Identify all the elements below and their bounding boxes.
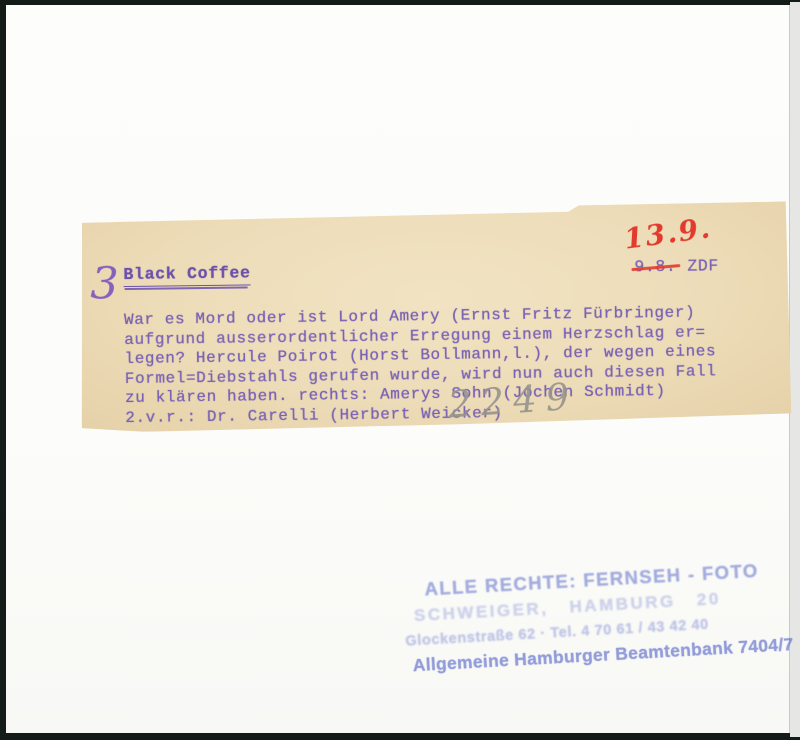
caption-slip: 3 Black Coffee 13.9. 9.8.ZDF War es Mord… [78,201,792,432]
broadcaster-label: ZDF [687,256,719,275]
caption-text-block: War es Mord oder ist Lord Amery (Ernst F… [124,303,717,428]
scan-right-margin [790,2,800,737]
struck-out-date: 9.8. [634,257,676,277]
photo-back-paper: 3 Black Coffee 13.9. 9.8.ZDF War es Mord… [6,5,790,733]
typed-date-line: 9.8.ZDF [634,256,719,276]
pencil-archive-number: 2249 [447,375,580,427]
handwritten-index-number: 3 [90,258,119,310]
rights-stamp: ALLE RECHTE: FERNSEH - FOTO SCHWEIGER, H… [398,559,783,677]
scanner-bed-background: 3 Black Coffee 13.9. 9.8.ZDF War es Mord… [0,0,800,740]
handwritten-corrected-date: 13.9. [622,211,714,256]
caption-title: Black Coffee [123,263,251,287]
